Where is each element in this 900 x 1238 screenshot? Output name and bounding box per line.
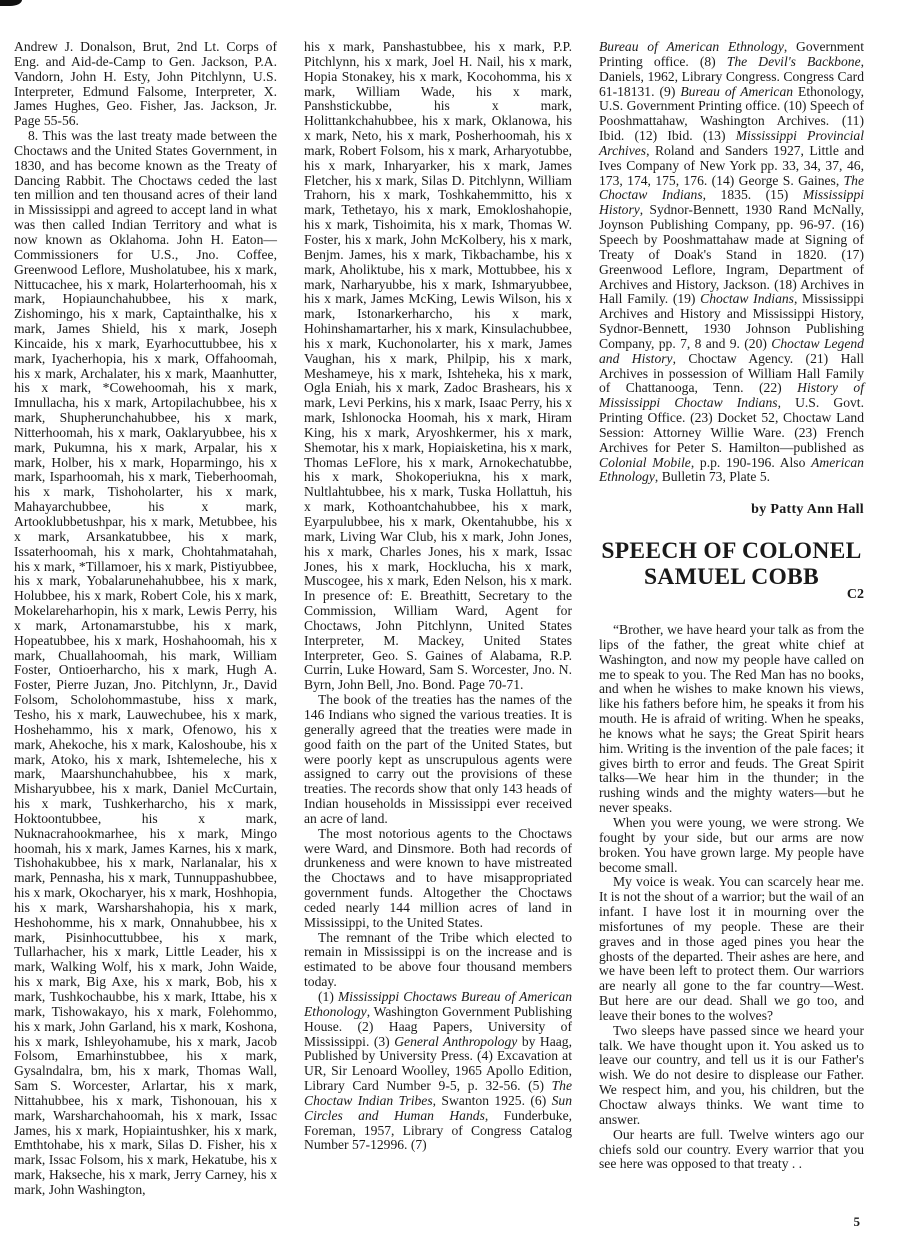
author-byline: by Patty Ann Hall [599,503,864,518]
paragraph-remnant-tribe: The remnant of the Tribe which elected t… [304,931,572,990]
signatories-list: his x mark, Panshastubbee, his x mark, P… [304,40,572,693]
column-1: Andrew J. Donalson, Brut, 2nd Lt. Corps … [14,40,277,1198]
page-number: 5 [854,1214,861,1230]
speech-paragraph: When you were young, we were strong. We … [599,816,864,875]
corner-print-mark [0,0,22,6]
article-title: SPEECH OF COLONEL SAMUEL COBB [599,538,864,590]
speech-paragraph: Two sleeps have passed since we heard yo… [599,1024,864,1128]
ref-title: Bureau of American Ethnology [599,39,784,54]
references-part-2: Bureau of American Ethnology, Government… [599,40,864,485]
signatories-continued: Andrew J. Donalson, Brut, 2nd Lt. Corps … [14,40,277,129]
speech-paragraph: My voice is weak. You can scarcely hear … [599,875,864,1023]
article-title-line-2: SAMUEL COBB [599,564,864,590]
ref-title: Choctaw Indians [700,291,794,306]
ref-title: The Devil's Backbone [727,54,861,69]
ref-title: Bureau of American [680,84,793,99]
references-part-1: (1) Mississippi Choctaws Bureau of Ameri… [304,990,572,1153]
column-3: Bureau of American Ethnology, Government… [599,40,864,1172]
speech-body: “Brother, we have heard your talk as fro… [599,623,864,1172]
speech-paragraph: Our hearts are full. Twelve winters ago … [599,1128,864,1173]
speech-paragraph: “Brother, we have heard your talk as fro… [599,623,864,816]
column-2: his x mark, Panshastubbee, his x mark, P… [304,40,572,1153]
ref-title: Colonial Mobile [599,455,691,470]
paragraph-treaties-book: The book of the treaties has the names o… [304,693,572,827]
treaty-note-8: 8. This was the last treaty made between… [14,129,277,1198]
article-title-line-1: SPEECH OF COLONEL [599,538,864,564]
article-code: C2 [599,588,864,603]
ref-title: General Anthropology [394,1034,517,1049]
paragraph-notorious-agents: The most notorious agents to the Choctaw… [304,827,572,931]
